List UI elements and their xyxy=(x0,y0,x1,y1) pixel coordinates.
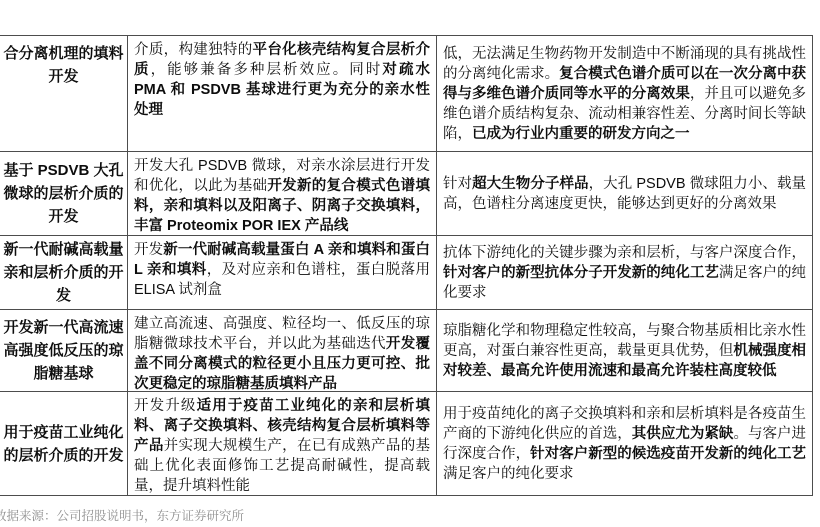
rd-content-cell: 开发升级适用于疫苗工业纯化的亲和层析填料、离子交换填料、核壳结构复合层析填料等产… xyxy=(128,392,437,495)
background-cell: 针对超大生物分子样品，大孔 PSDVB 微球阻力小、载量高，色谱柱分离速度更快，… xyxy=(437,152,812,235)
background-cell: 琼脂糖化学和物理稳定性较高，与聚合物基质相比亲水性更高，对蛋白兼容性更高，载量更… xyxy=(437,310,812,391)
background-text: 用于疫苗纯化的离子交换填料和亲和层析填料是各疫苗生产商的下游纯化供应的首选，其供… xyxy=(443,404,806,484)
background-text: 低，无法满足生物药物开发制造中不断涌现的具有挑战性的分离纯化需求。复合模式色谱介… xyxy=(443,44,806,144)
rd-content-cell: 介质，构建独特的平台化核壳结构复合层析介质，能够兼备多种层析效应。同时对疏水 P… xyxy=(128,36,437,151)
data-source-note: 数据来源：公司招股说明书，东方证券研究所 xyxy=(0,506,244,524)
table-row: 基于 PSDVB 大孔微球的层析介质的开发 开发大孔 PSDVB 微球，对亲水涂… xyxy=(0,152,812,236)
background-text: 针对超大生物分子样品，大孔 PSDVB 微球阻力小、载量高，色谱柱分离速度更快，… xyxy=(443,174,806,214)
table-row: 新一代耐碱高载量亲和层析介质的开发 开发新一代耐碱高载量蛋白 A 亲和填料和蛋白… xyxy=(0,236,812,310)
background-cell: 抗体下游纯化的关键步骤为亲和层析，与客户深度合作，针对客户的新型抗体分子开发新的… xyxy=(437,236,812,309)
rd-content-cell: 建立高流速、高强度、粒径均一、低反压的琼脂糖微球技术平台，并以此为基础迭代开发覆… xyxy=(128,310,437,391)
background-text: 抗体下游纯化的关键步骤为亲和层析，与客户深度合作，针对客户的新型抗体分子开发新的… xyxy=(443,243,806,303)
table-row: 合分离机理的填料开发 介质，构建独特的平台化核壳结构复合层析介质，能够兼备多种层… xyxy=(0,36,812,152)
rd-projects-table: 合分离机理的填料开发 介质，构建独特的平台化核壳结构复合层析介质，能够兼备多种层… xyxy=(0,35,813,496)
background-cell: 低，无法满足生物药物开发制造中不断涌现的具有挑战性的分离纯化需求。复合模式色谱介… xyxy=(437,36,812,151)
project-name-cell: 基于 PSDVB 大孔微球的层析介质的开发 xyxy=(0,152,128,235)
project-name-cell: 开发新一代高流速高强度低反压的琼脂糖基球 xyxy=(0,310,128,391)
table-row: 开发新一代高流速高强度低反压的琼脂糖基球 建立高流速、高强度、粒径均一、低反压的… xyxy=(0,310,812,392)
project-name-cell: 用于疫苗工业纯化的层析介质的开发 xyxy=(0,392,128,495)
rd-content-cell: 开发新一代耐碱高载量蛋白 A 亲和填料和蛋白 L 亲和填料，及对应亲和色谱柱，蛋… xyxy=(128,236,437,309)
background-text: 琼脂糖化学和物理稳定性较高，与聚合物基质相比亲水性更高，对蛋白兼容性更高，载量更… xyxy=(443,321,806,381)
project-name-cell: 合分离机理的填料开发 xyxy=(0,36,128,151)
table-row: 用于疫苗工业纯化的层析介质的开发 开发升级适用于疫苗工业纯化的亲和层析填料、离子… xyxy=(0,392,812,495)
project-name-cell: 新一代耐碱高载量亲和层析介质的开发 xyxy=(0,236,128,309)
background-cell: 用于疫苗纯化的离子交换填料和亲和层析填料是各疫苗生产商的下游纯化供应的首选，其供… xyxy=(437,392,812,495)
rd-content-cell: 开发大孔 PSDVB 微球，对亲水涂层进行开发和优化，以此为基础开发新的复合模式… xyxy=(128,152,437,235)
